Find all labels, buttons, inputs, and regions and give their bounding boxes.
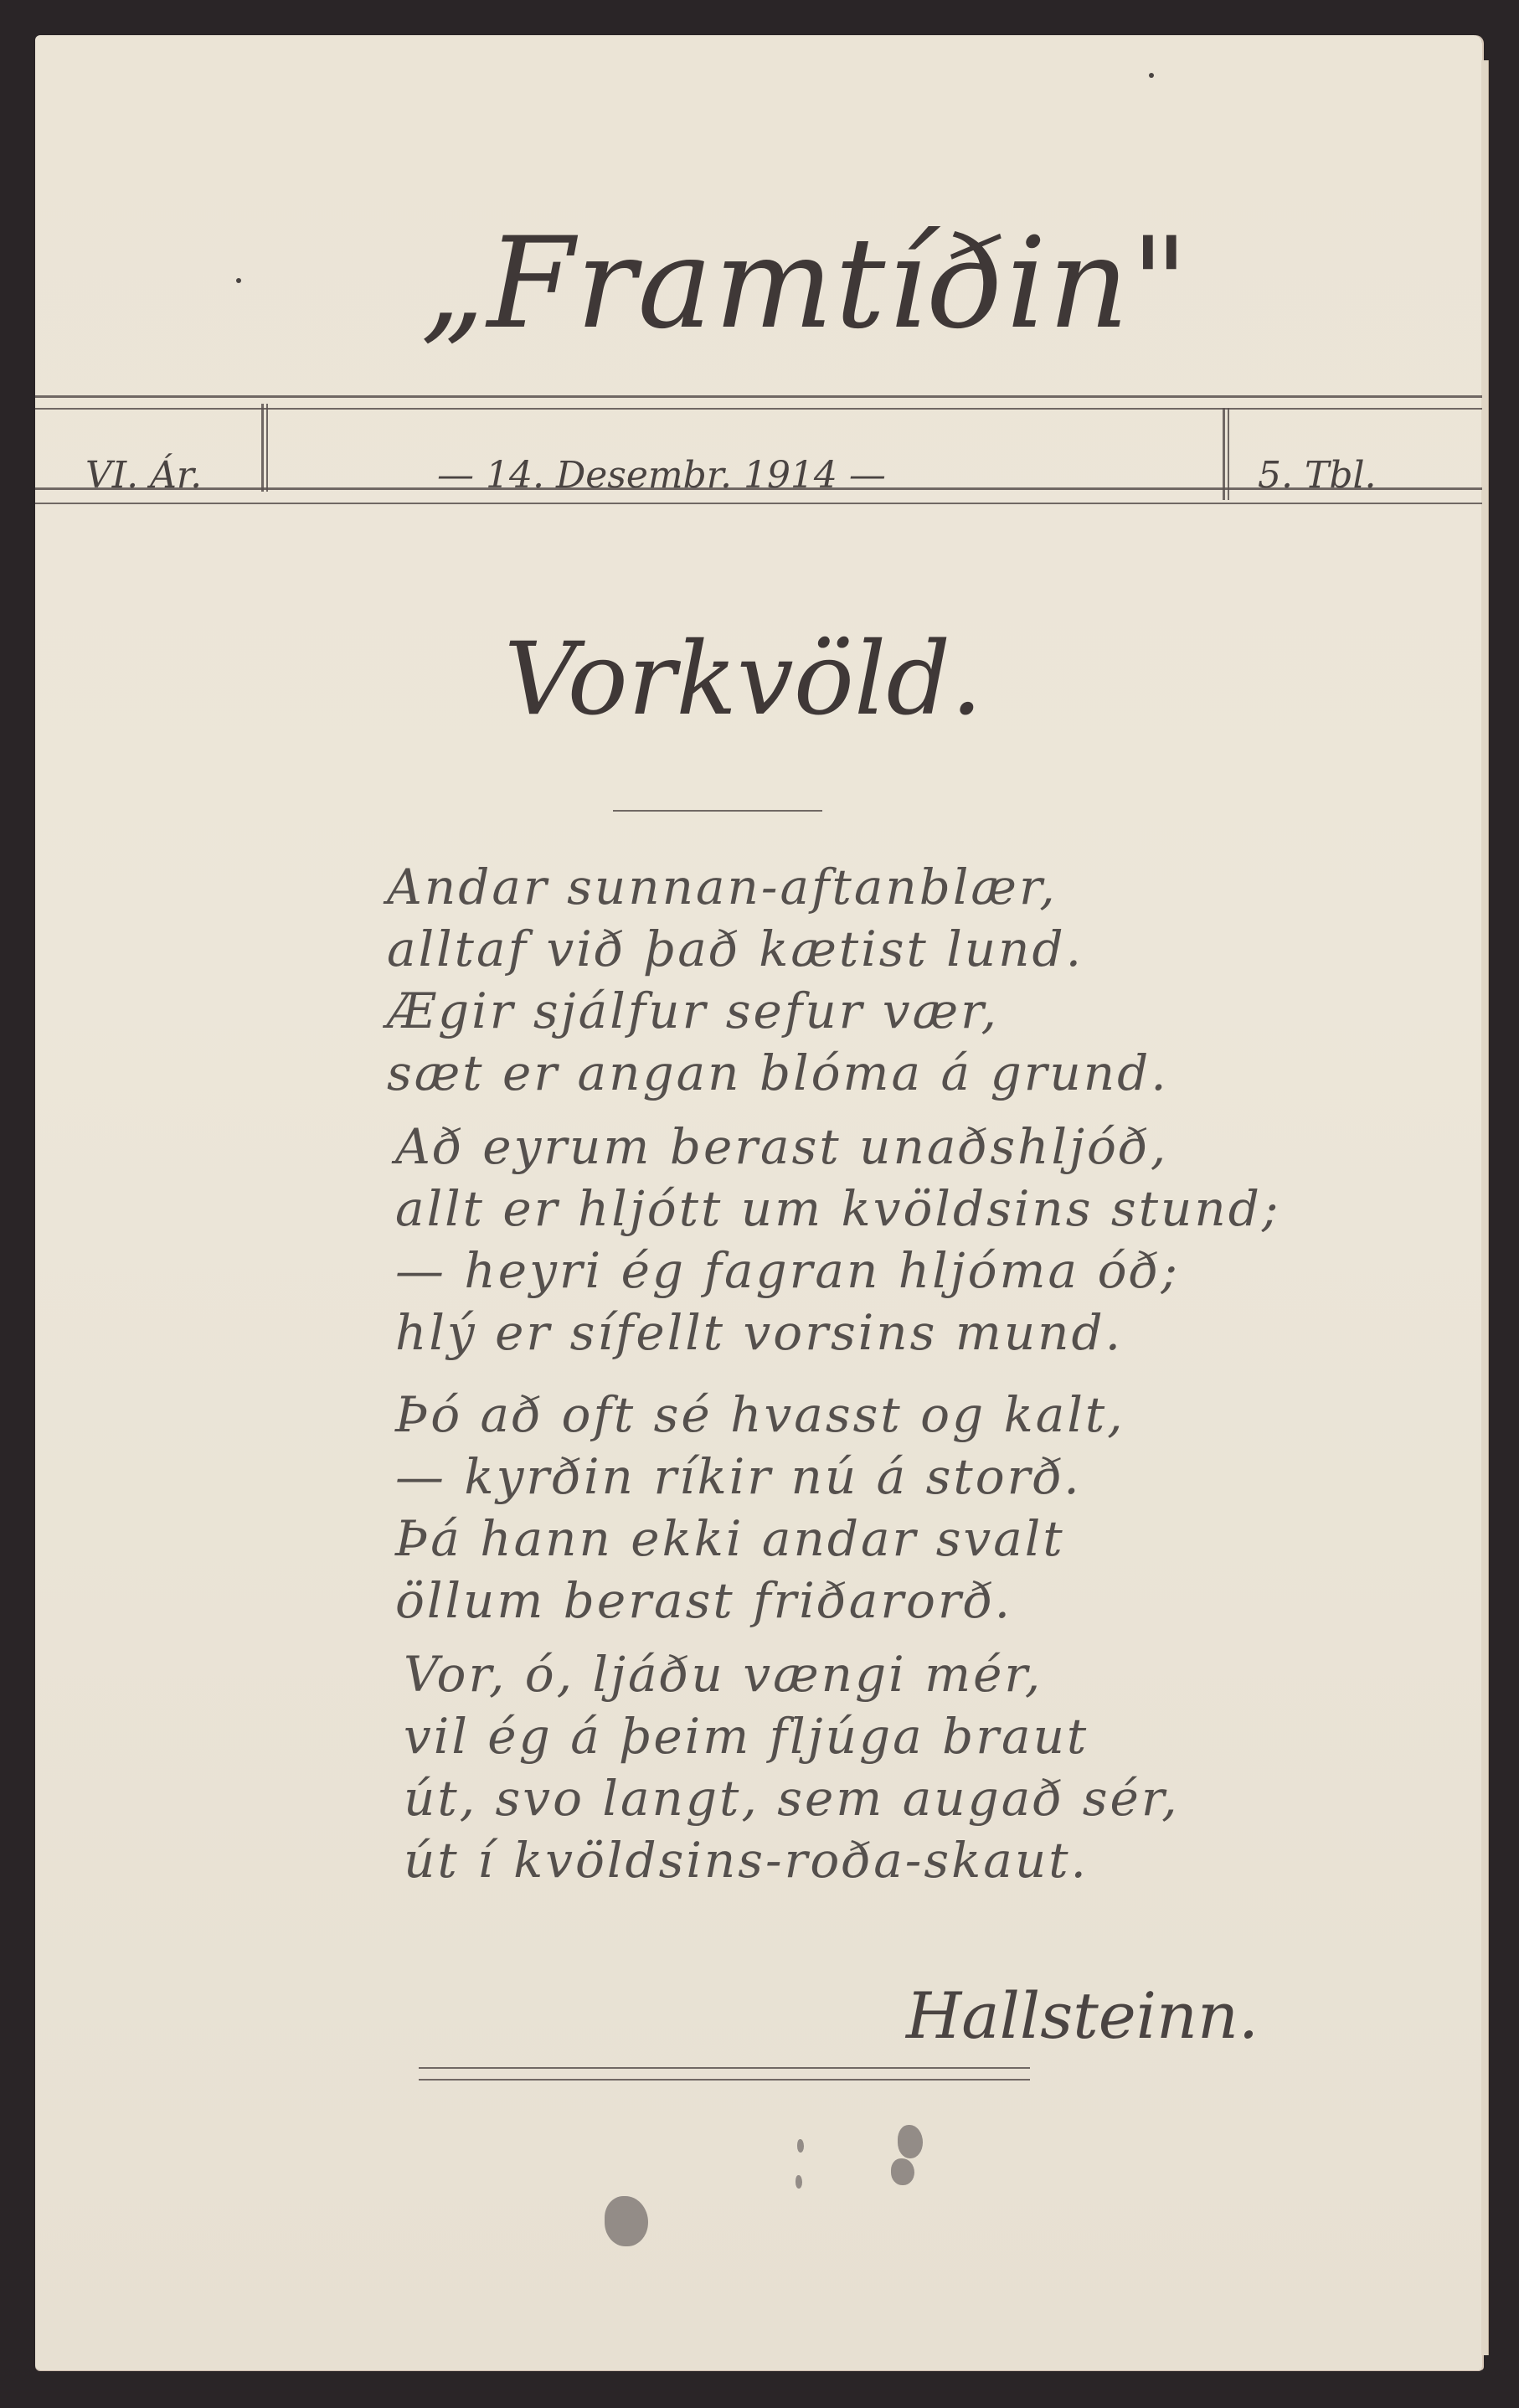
poem-line: út, svo langt, sem augað sér, (404, 1767, 1180, 1829)
ink-speck (236, 278, 241, 283)
poem-line: sæt er angan blóma á grund. (387, 1042, 1169, 1104)
poem-line: hlý er sífellt vorsins mund. (395, 1302, 1280, 1364)
issue-date: — 14. Desembr. 1914 — (437, 454, 886, 497)
stanza-3: Þó að oft sé hvasst og kalt, — kyrðin rí… (395, 1384, 1125, 1632)
stanza-2: Að eyrum berast unaðshljóð, allt er hljó… (395, 1116, 1280, 1364)
poem-line: alltaf við það kætist lund. (387, 918, 1169, 980)
poem-line: út í kvöldsins-roða-skaut. (404, 1829, 1180, 1891)
ink-speck (1149, 73, 1154, 78)
author-signature: Hallsteinn. (906, 1978, 1259, 2053)
poem-line: Að eyrum berast unaðshljóð, (395, 1116, 1280, 1178)
title-underline (613, 810, 822, 812)
header-rule-top-1 (35, 395, 1482, 398)
header-divider-left (261, 404, 264, 492)
header-divider-right (1223, 408, 1225, 500)
poem-line: Ægir sjálfur sefur vær, (387, 980, 1169, 1042)
poem-line: Vor, ó, ljáðu vængi mér, (404, 1643, 1180, 1705)
header-divider-left-2 (266, 404, 268, 492)
volume-label: VI. Ár. (85, 454, 202, 497)
poem-line: Andar sunnan-aftanblær, (387, 856, 1169, 918)
issue-number: 5. Tbl. (1258, 454, 1377, 497)
ink-stain (891, 2158, 914, 2185)
poem-title: Vorkvöld. (504, 621, 982, 738)
header-divider-right-2 (1228, 408, 1229, 500)
poem-line: allt er hljótt um kvöldsins stund; (395, 1178, 1280, 1240)
header-rule-top-2 (35, 408, 1482, 410)
ink-stain (796, 2175, 802, 2189)
ink-stain (605, 2196, 648, 2246)
stanza-1: Andar sunnan-aftanblær, alltaf við það k… (387, 856, 1169, 1104)
poem-line: vil ég á þeim fljúga braut (404, 1705, 1180, 1767)
poem-line: Þá hann ekki andar svalt (395, 1508, 1125, 1570)
ink-stain (898, 2125, 923, 2158)
manuscript-page: „Framtíðin" VI. Ár. — 14. Desembr. 1914 … (35, 35, 1482, 2370)
stanza-4: Vor, ó, ljáðu vængi mér, vil ég á þeim f… (404, 1643, 1180, 1891)
closing-rule-1 (419, 2067, 1030, 2069)
closing-rule-2 (419, 2079, 1030, 2081)
ink-stain (797, 2139, 804, 2153)
poem-line: öllum berast friðarorð. (395, 1570, 1125, 1632)
masthead-title: „Framtíðin" (420, 211, 1190, 357)
header-rule-bottom-2 (35, 503, 1482, 504)
page-edge (1481, 60, 1489, 2355)
poem-line: — kyrðin ríkir nú á storð. (395, 1446, 1125, 1508)
poem-line: — heyri ég fagran hljóma óð; (395, 1240, 1280, 1302)
poem-line: Þó að oft sé hvasst og kalt, (395, 1384, 1125, 1446)
